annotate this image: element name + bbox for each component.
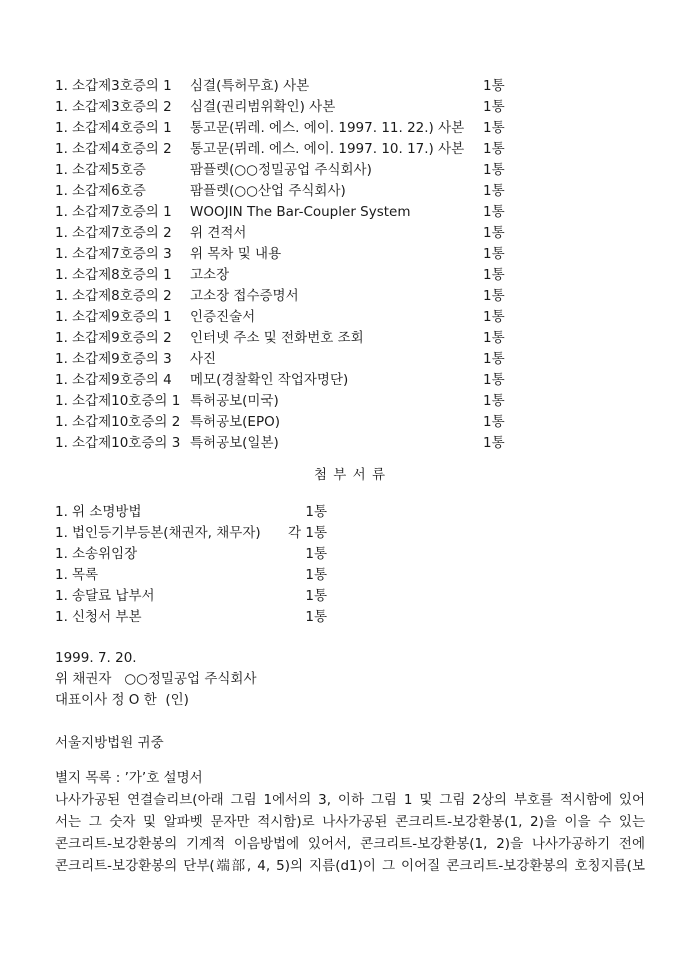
evidence-row: 1.소갑제9호증의 2인터넷 주소 및 전화번호 조회1통 — [55, 328, 645, 349]
attachment-label: 위 소명방법 — [72, 502, 282, 523]
evidence-row: 1.소갑제4호증의 2통고문(뮈레. 에스. 에이. 1997. 10. 17.… — [55, 139, 645, 160]
evidence-item-number: 1. — [55, 97, 72, 118]
evidence-description: 위 견적서 — [190, 223, 483, 244]
evidence-row: 1.소갑제6호증팜플렛(○○산업 주식회사)1통 — [55, 181, 645, 202]
evidence-item-number: 1. — [55, 433, 72, 454]
evidence-row: 1.소갑제10호증의 2특허공보(EPO)1통 — [55, 412, 645, 433]
evidence-item-number: 1. — [55, 391, 72, 412]
evidence-item-number: 1. — [55, 370, 72, 391]
evidence-exhibit-label: 소갑제9호증의 1 — [72, 307, 190, 328]
representative-line: 대표이사 정 O 한 (인) — [55, 690, 645, 711]
evidence-description: 고소장 접수증명서 — [190, 286, 483, 307]
evidence-exhibit-label: 소갑제9호증의 3 — [72, 349, 190, 370]
evidence-row: 1.소갑제5호증팜플렛(○○정밀공업 주식회사)1통 — [55, 160, 645, 181]
evidence-count: 1통 — [483, 265, 505, 286]
evidence-item-number: 1. — [55, 118, 72, 139]
evidence-count: 1통 — [483, 76, 505, 97]
evidence-count: 1통 — [483, 391, 505, 412]
attachment-item-number: 1. — [55, 607, 72, 628]
evidence-row: 1.소갑제9호증의 4메모(경찰확인 작업자명단)1통 — [55, 370, 645, 391]
attachment-label: 법인등기부등본(채권자, 채무자) — [72, 523, 282, 544]
attachment-count: 1통 — [282, 607, 327, 628]
evidence-exhibit-label: 소갑제5호증 — [72, 160, 190, 181]
evidence-description: 특허공보(EPO) — [190, 412, 483, 433]
evidence-row: 1.소갑제7호증의 2위 견적서1통 — [55, 223, 645, 244]
evidence-count: 1통 — [483, 202, 505, 223]
attachment-item-number: 1. — [55, 586, 72, 607]
evidence-row: 1.소갑제9호증의 3사진1통 — [55, 349, 645, 370]
evidence-exhibit-label: 소갑제10호증의 3 — [72, 433, 190, 454]
closing-block: 1999. 7. 20. 위 채권자 ○○정밀공업 주식회사 대표이사 정 O … — [55, 648, 645, 754]
evidence-item-number: 1. — [55, 181, 72, 202]
attachment-label: 신청서 부본 — [72, 607, 282, 628]
evidence-list: 1.소갑제3호증의 1심결(특허무효) 사본1통 1.소갑제3호증의 2심결(권… — [55, 76, 645, 454]
annex-heading: 별지 목록 : ’가’호 설명서 — [55, 768, 645, 789]
evidence-count: 1통 — [483, 118, 505, 139]
evidence-count: 1통 — [483, 181, 505, 202]
evidence-item-number: 1. — [55, 412, 72, 433]
attachment-row: 1.위 소명방법1통 — [55, 502, 645, 523]
evidence-count: 1통 — [483, 223, 505, 244]
attachment-label: 목록 — [72, 565, 282, 586]
evidence-count: 1통 — [483, 97, 505, 118]
annex-paragraph-line: 콘크리트-보강환봉의 단부(端部, 4, 5)의 지름(d1)이 그 이어질 콘… — [55, 855, 645, 877]
evidence-exhibit-label: 소갑제7호증의 1 — [72, 202, 190, 223]
attachment-item-number: 1. — [55, 544, 72, 565]
attachment-row: 1.송달료 납부서1통 — [55, 586, 645, 607]
evidence-item-number: 1. — [55, 286, 72, 307]
evidence-exhibit-label: 소갑제4호증의 1 — [72, 118, 190, 139]
evidence-exhibit-label: 소갑제6호증 — [72, 181, 190, 202]
evidence-exhibit-label: 소갑제10호증의 1 — [72, 391, 190, 412]
evidence-item-number: 1. — [55, 349, 72, 370]
evidence-description: 심결(권리범위확인) 사본 — [190, 97, 483, 118]
evidence-exhibit-label: 소갑제9호증의 4 — [72, 370, 190, 391]
evidence-count: 1통 — [483, 139, 505, 160]
evidence-row: 1.소갑제4호증의 1통고문(뮈레. 에스. 에이. 1997. 11. 22.… — [55, 118, 645, 139]
evidence-count: 1통 — [483, 286, 505, 307]
evidence-row: 1.소갑제9호증의 1인증진술서1통 — [55, 307, 645, 328]
attachment-count: 1통 — [282, 565, 327, 586]
evidence-count: 1통 — [483, 349, 505, 370]
evidence-exhibit-label: 소갑제10호증의 2 — [72, 412, 190, 433]
annex-paragraph: 나사가공된 연결슬리브(아래 그림 1에서의 3, 이하 그림 1 및 그림 2… — [55, 789, 645, 877]
evidence-exhibit-label: 소갑제3호증의 2 — [72, 97, 190, 118]
attachments-list: 1.위 소명방법1통 1.법인등기부등본(채권자, 채무자)각 1통 1.소송위… — [55, 502, 645, 628]
annex-paragraph-line: 서는 그 숫자 및 알파벳 문자만 적시함)로 나사가공된 콘크리트-보강환봉(… — [55, 811, 645, 833]
attachment-label: 송달료 납부서 — [72, 586, 282, 607]
evidence-exhibit-label: 소갑제9호증의 2 — [72, 328, 190, 349]
evidence-description: 고소장 — [190, 265, 483, 286]
evidence-description: 심결(특허무효) 사본 — [190, 76, 483, 97]
evidence-description: 메모(경찰확인 작업자명단) — [190, 370, 483, 391]
evidence-item-number: 1. — [55, 328, 72, 349]
annex-paragraph-line: 나사가공된 연결슬리브(아래 그림 1에서의 3, 이하 그림 1 및 그림 2… — [55, 789, 645, 811]
evidence-item-number: 1. — [55, 307, 72, 328]
evidence-item-number: 1. — [55, 160, 72, 181]
evidence-row: 1.소갑제10호증의 3특허공보(일본)1통 — [55, 433, 645, 454]
attachment-label: 소송위임장 — [72, 544, 282, 565]
attachment-row: 1.법인등기부등본(채권자, 채무자)각 1통 — [55, 523, 645, 544]
evidence-description: 팜플렛(○○산업 주식회사) — [190, 181, 483, 202]
evidence-count: 1통 — [483, 307, 505, 328]
evidence-count: 1통 — [483, 433, 505, 454]
evidence-item-number: 1. — [55, 244, 72, 265]
evidence-count: 1통 — [483, 244, 505, 265]
court-line: 서울지방법원 귀중 — [55, 733, 645, 754]
evidence-row: 1.소갑제8호증의 2고소장 접수증명서1통 — [55, 286, 645, 307]
attachment-count: 각 1통 — [282, 523, 327, 544]
evidence-exhibit-label: 소갑제7호증의 2 — [72, 223, 190, 244]
attachment-count: 1통 — [282, 502, 327, 523]
evidence-description: 특허공보(일본) — [190, 433, 483, 454]
attachment-item-number: 1. — [55, 523, 72, 544]
evidence-description: 팜플렛(○○정밀공업 주식회사) — [190, 160, 483, 181]
evidence-count: 1통 — [483, 160, 505, 181]
evidence-description: 특허공보(미국) — [190, 391, 483, 412]
evidence-description: 통고문(뮈레. 에스. 에이. 1997. 10. 17.) 사본 — [190, 139, 483, 160]
creditor-line: 위 채권자 ○○정밀공업 주식회사 — [55, 669, 645, 690]
evidence-item-number: 1. — [55, 76, 72, 97]
evidence-row: 1.소갑제8호증의 1고소장1통 — [55, 265, 645, 286]
evidence-row: 1.소갑제7호증의 1WOOJIN The Bar-Coupler System… — [55, 202, 645, 223]
evidence-row: 1.소갑제7호증의 3위 목차 및 내용1통 — [55, 244, 645, 265]
attachment-row: 1.신청서 부본1통 — [55, 607, 645, 628]
evidence-item-number: 1. — [55, 223, 72, 244]
evidence-exhibit-label: 소갑제8호증의 2 — [72, 286, 190, 307]
evidence-item-number: 1. — [55, 265, 72, 286]
evidence-description: WOOJIN The Bar-Coupler System — [190, 202, 483, 223]
attachment-item-number: 1. — [55, 502, 72, 523]
evidence-description: 위 목차 및 내용 — [190, 244, 483, 265]
evidence-count: 1통 — [483, 412, 505, 433]
evidence-row: 1.소갑제10호증의 1특허공보(미국)1통 — [55, 391, 645, 412]
evidence-exhibit-label: 소갑제4호증의 2 — [72, 139, 190, 160]
attachment-row: 1.목록1통 — [55, 565, 645, 586]
attachment-item-number: 1. — [55, 565, 72, 586]
attachments-section-title: 첨 부 서 류 — [55, 465, 645, 486]
evidence-item-number: 1. — [55, 202, 72, 223]
evidence-description: 인증진술서 — [190, 307, 483, 328]
evidence-exhibit-label: 소갑제7호증의 3 — [72, 244, 190, 265]
evidence-row: 1.소갑제3호증의 1심결(특허무효) 사본1통 — [55, 76, 645, 97]
evidence-count: 1통 — [483, 370, 505, 391]
attachment-count: 1통 — [282, 544, 327, 565]
evidence-exhibit-label: 소갑제8호증의 1 — [72, 265, 190, 286]
attachment-count: 1통 — [282, 586, 327, 607]
annex-paragraph-line: 콘크리트-보강환봉의 기계적 이음방법에 있어서, 콘크리트-보강환봉(1, 2… — [55, 833, 645, 855]
legal-document-page: 1.소갑제3호증의 1심결(특허무효) 사본1통 1.소갑제3호증의 2심결(권… — [0, 0, 680, 962]
evidence-description: 통고문(뮈레. 에스. 에이. 1997. 11. 22.) 사본 — [190, 118, 483, 139]
evidence-description: 사진 — [190, 349, 483, 370]
annex-block: 별지 목록 : ’가’호 설명서 나사가공된 연결슬리브(아래 그림 1에서의 … — [55, 768, 645, 877]
closing-date: 1999. 7. 20. — [55, 648, 645, 669]
evidence-description: 인터넷 주소 및 전화번호 조회 — [190, 328, 483, 349]
evidence-count: 1통 — [483, 328, 505, 349]
evidence-row: 1.소갑제3호증의 2심결(권리범위확인) 사본1통 — [55, 97, 645, 118]
attachment-row: 1.소송위임장1통 — [55, 544, 645, 565]
evidence-exhibit-label: 소갑제3호증의 1 — [72, 76, 190, 97]
evidence-item-number: 1. — [55, 139, 72, 160]
